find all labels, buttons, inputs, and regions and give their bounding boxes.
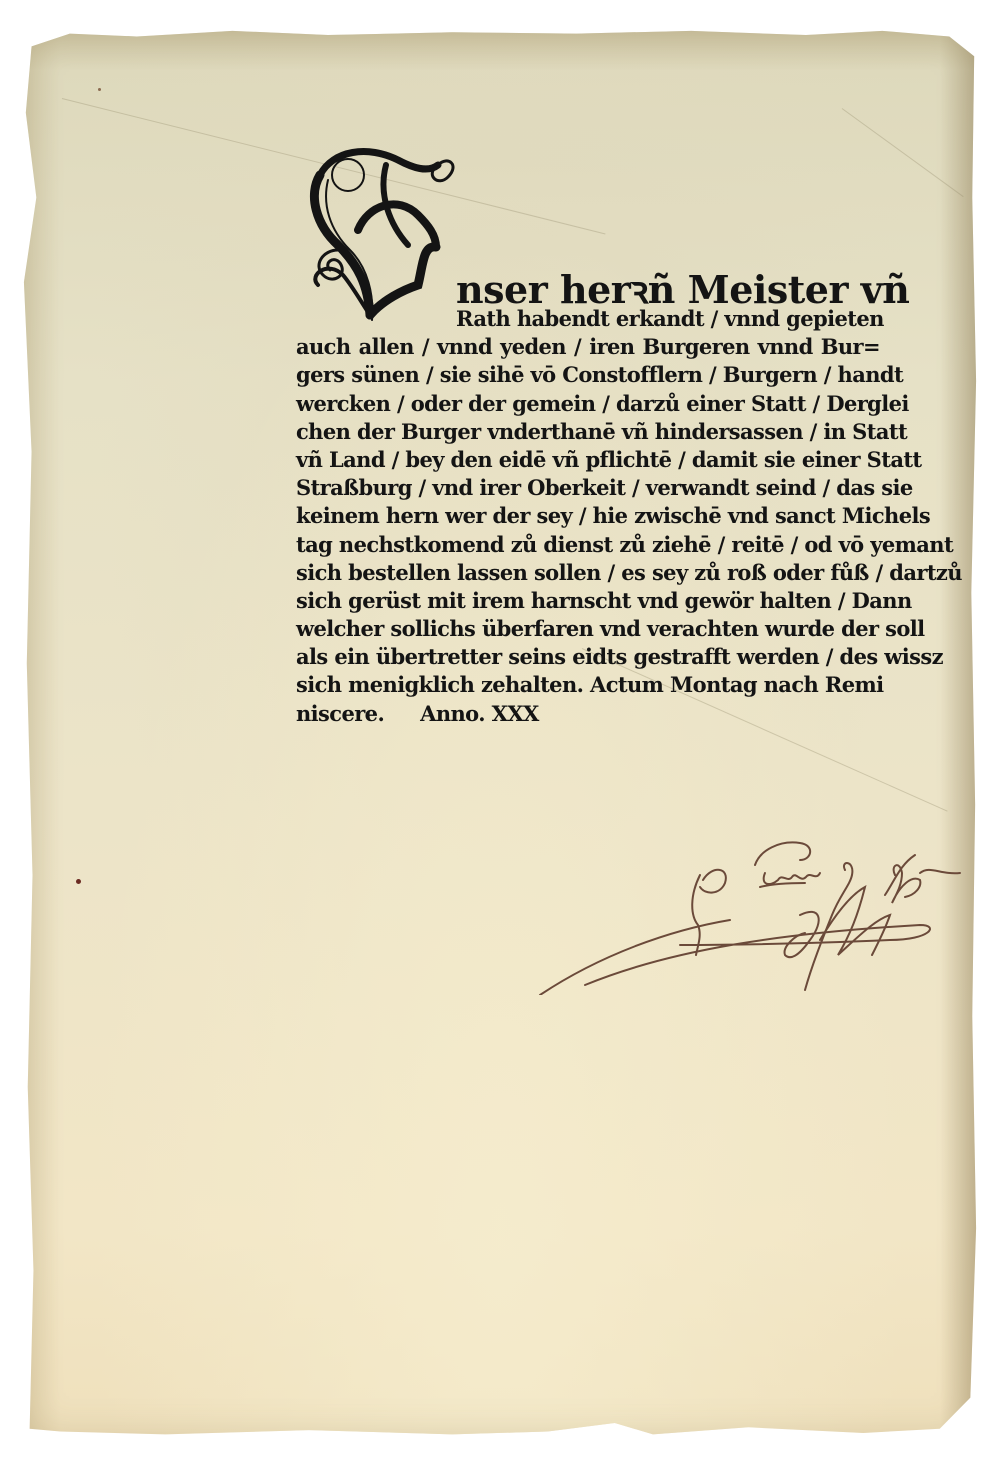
body-lines: Rath habendt erkandt / vnnd gepieten auc… — [296, 305, 880, 728]
text-line: Rath habendt erkandt / vnnd gepieten — [296, 305, 880, 333]
fold-crease — [842, 108, 964, 197]
text-line: Straßburg / vnd irer Oberkeit / verwandt… — [296, 474, 880, 502]
text-line: sich gerüst mit irem harnscht vnd gewör … — [296, 587, 880, 615]
paper-edge-shading — [22, 28, 978, 1440]
text-line: sich menigklich zehalten. Actum Montag n… — [296, 671, 880, 699]
text-line: welcher sollichs überfaren vnd verachten… — [296, 615, 880, 643]
anno-label: Anno. — [420, 701, 485, 726]
text-line: keinem hern wer der sey / hie zwischē vn… — [296, 502, 880, 530]
text-line: sich bestellen lassen sollen / es sey zů… — [296, 559, 880, 587]
ink-spot — [98, 88, 101, 91]
closing-line: niscere.Anno. XXX — [296, 700, 880, 728]
text-line: tag nechstkomend zů dienst zů ziehē / re… — [296, 531, 880, 559]
anno-year: XXX — [492, 701, 539, 726]
text-line: wercken / oder der gemein / darzů einer … — [296, 390, 880, 418]
text-line: gers sünen / sie sihē vō Constofflern / … — [296, 361, 880, 389]
closing-word: niscere. — [296, 701, 384, 726]
ink-spot — [76, 879, 81, 884]
text-line: vñ Land / bey den eidē vñ pflichtē / dam… — [296, 446, 880, 474]
text-line: auch allen / vnnd yeden / iren Burgeren … — [296, 333, 880, 361]
text-line: als ein übertretter seins eidts gestraff… — [296, 643, 880, 671]
text-line: chen der Burger vnderthanē vñ hindersass… — [296, 418, 880, 446]
document-paper — [22, 28, 978, 1440]
handwritten-signature — [520, 825, 970, 995]
